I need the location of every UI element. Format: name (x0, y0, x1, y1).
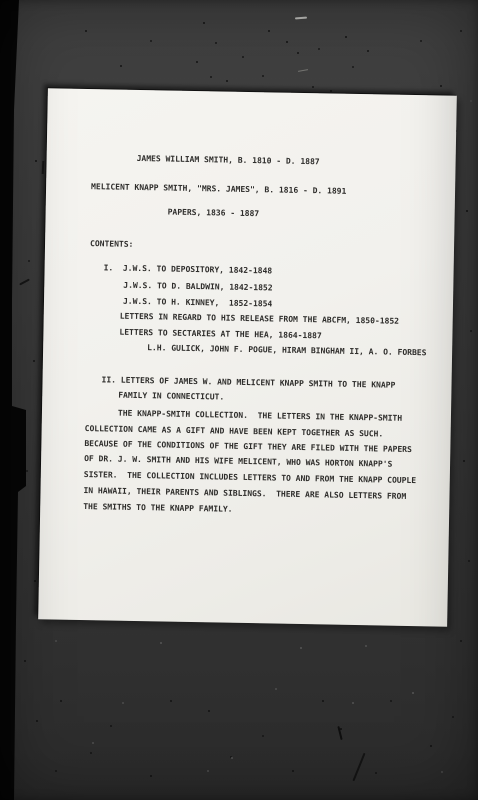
title-line-james-smith: JAMES WILLIAM SMITH, B. 1810 - D. 1887 (137, 154, 320, 166)
contents-item-names-list: L.H. GULICK, JOHN F. POGUE, HIRAM BINGHA… (147, 343, 426, 357)
contents-heading: CONTENTS: (90, 239, 134, 249)
paragraph-line-7: THE SMITHS TO THE KNAPP FAMILY. (83, 502, 232, 514)
title-line-melicent-smith: MELICENT KNAPP SMITH, "MRS. JAMES", B. 1… (91, 182, 346, 196)
film-comma-mark (19, 279, 30, 286)
paragraph-line-5: SISTER. THE COLLECTION INCLUDES LETTERS … (84, 470, 416, 485)
paragraph-line-6: IN HAWAII, THEIR PARENTS AND SIBLINGS. T… (83, 486, 406, 501)
film-scratch-white-faint (298, 69, 308, 72)
paragraph-line-4: OF DR. J. W. SMITH AND HIS WIFE MELICENT… (84, 454, 392, 469)
film-scratch-white (295, 17, 307, 20)
contents-item-depository: I. J.W.S. TO DEPOSITORY, 1842-1848 (104, 263, 273, 275)
film-scratch-hook (337, 726, 342, 740)
contents-item-baldwin: J.W.S. TO D. BALDWIN, 1842-1852 (123, 281, 272, 293)
film-edge-strip (0, 0, 30, 800)
contents-item-abcfm-release: LETTERS IN REGARD TO HIS RELEASE FROM TH… (120, 312, 399, 326)
contents-item-kinney: J.W.S. TO H. KINNEY, 1852-1854 (123, 297, 272, 309)
section-two-heading-line-2: FAMILY IN CONNECTICUT. (118, 391, 224, 402)
film-scratch-dark (352, 753, 365, 782)
contents-item-hea-letters: LETTERS TO SECTARIES AT THE HEA, 1864-18… (119, 328, 321, 341)
section-two-heading-line-1: II. LETTERS OF JAMES W. AND MELICENT KNA… (101, 375, 395, 389)
paragraph-line-3: BECAUSE OF THE CONDITIONS OF THE GIFT TH… (84, 439, 412, 454)
paragraph-line-2: COLLECTION CAME AS A GIFT AND HAVE BEEN … (85, 424, 384, 438)
paragraph-line-1: THE KNAPP-SMITH COLLECTION. THE LETTERS … (118, 409, 402, 423)
film-tick-mark (42, 161, 45, 174)
title-line-papers-dates: PAPERS, 1836 - 1887 (168, 208, 260, 219)
microfilm-scan-frame: JAMES WILLIAM SMITH, B. 1810 - D. 1887 M… (0, 0, 478, 800)
document-page: JAMES WILLIAM SMITH, B. 1810 - D. 1887 M… (38, 88, 457, 626)
